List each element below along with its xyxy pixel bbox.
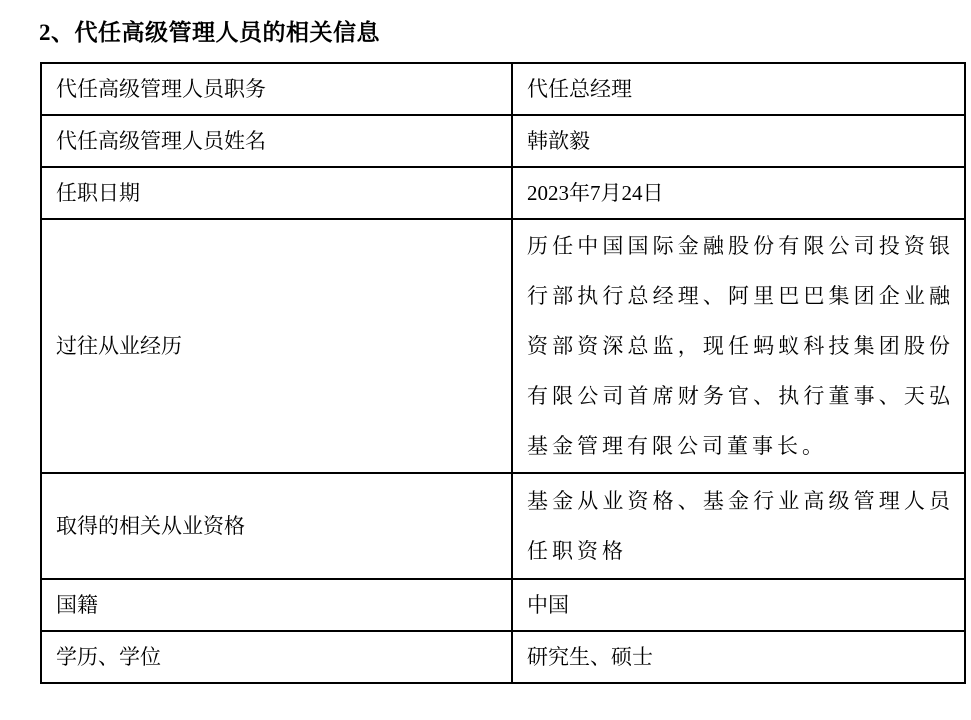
row-label-qualifications: 取得的相关从业资格 bbox=[41, 473, 512, 579]
row-label-education: 学历、学位 bbox=[41, 631, 512, 683]
manager-info-table: 代任高级管理人员职务 代任总经理 代任高级管理人员姓名 韩歆毅 任职日期 202… bbox=[40, 62, 966, 684]
table-row-education: 学历、学位 研究生、硕士 bbox=[41, 631, 965, 683]
row-label-appointment-date: 任职日期 bbox=[41, 167, 512, 219]
row-label-nationality: 国籍 bbox=[41, 579, 512, 631]
table-row-name: 代任高级管理人员姓名 韩歆毅 bbox=[41, 115, 965, 167]
table-row-qualifications: 取得的相关从业资格 基金从业资格、基金行业高级管理人员任职资格 bbox=[41, 473, 965, 579]
manager-info-table-body: 代任高级管理人员职务 代任总经理 代任高级管理人员姓名 韩歆毅 任职日期 202… bbox=[41, 63, 965, 683]
row-value-qualifications: 基金从业资格、基金行业高级管理人员任职资格 bbox=[512, 473, 965, 579]
table-row-appointment-date: 任职日期 2023年7月24日 bbox=[41, 167, 965, 219]
section-heading: 2、代任高级管理人员的相关信息 bbox=[39, 14, 380, 47]
row-value-position: 代任总经理 bbox=[512, 63, 965, 115]
row-value-career-history: 历任中国国际金融股份有限公司投资银行部执行总经理、阿里巴巴集团企业融资部资深总监… bbox=[512, 219, 965, 473]
row-label-career-history: 过往从业经历 bbox=[41, 219, 512, 473]
table-row-career-history: 过往从业经历 历任中国国际金融股份有限公司投资银行部执行总经理、阿里巴巴集团企业… bbox=[41, 219, 965, 473]
row-value-nationality: 中国 bbox=[512, 579, 965, 631]
row-label-position: 代任高级管理人员职务 bbox=[41, 63, 512, 115]
row-value-appointment-date: 2023年7月24日 bbox=[512, 167, 965, 219]
row-value-name: 韩歆毅 bbox=[512, 115, 965, 167]
row-value-education: 研究生、硕士 bbox=[512, 631, 965, 683]
row-label-name: 代任高级管理人员姓名 bbox=[41, 115, 512, 167]
table-row-position: 代任高级管理人员职务 代任总经理 bbox=[41, 63, 965, 115]
document-page: 2、代任高级管理人员的相关信息 代任高级管理人员职务 代任总经理 代任高级管理人… bbox=[0, 0, 971, 720]
table-row-nationality: 国籍 中国 bbox=[41, 579, 965, 631]
